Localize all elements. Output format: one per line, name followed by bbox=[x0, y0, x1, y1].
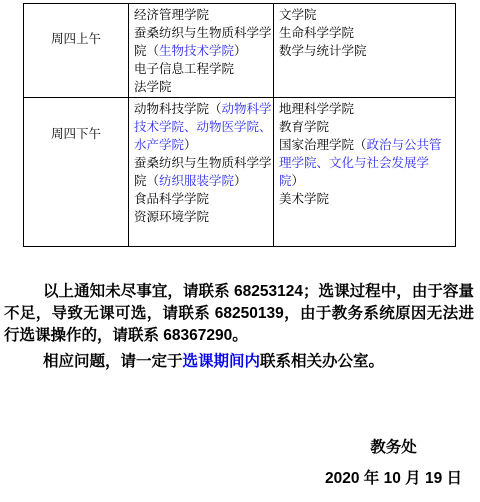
highlighted-text-run: 生物技术学院 bbox=[159, 44, 234, 58]
college-entry: 美术学院 bbox=[279, 190, 454, 208]
text-run: 生命科学学院 bbox=[279, 26, 354, 40]
college-entry: 数学与统计学院 bbox=[279, 42, 454, 60]
notice-document: 周四上午经济管理学院蚕桑纺织与生物质科学学院（生物技术学院）电子信息工程学院法学… bbox=[0, 0, 480, 502]
college-entry: 蚕桑纺织与生物质科学学院（生物技术学院） bbox=[134, 24, 272, 60]
text-run: ） bbox=[292, 174, 305, 188]
college-entry: 教育学院 bbox=[279, 118, 454, 136]
college-entry: 食品科学学院 bbox=[134, 190, 272, 208]
departments-cell: 地理科学学院教育学院国家治理学院（政治与公共管理学院、文化与社会发展学院）美术学… bbox=[274, 98, 456, 247]
college-entry: 法学院 bbox=[134, 78, 272, 96]
text-run: 文学院 bbox=[279, 8, 317, 22]
text-run: 相应问题，请一定于 bbox=[43, 353, 183, 370]
signature-date: 2020 年 10 月 19 日 bbox=[325, 468, 462, 490]
schedule-table-body: 周四上午经济管理学院蚕桑纺织与生物质科学学院（生物技术学院）电子信息工程学院法学… bbox=[24, 4, 456, 247]
departments-cell: 经济管理学院蚕桑纺织与生物质科学学院（生物技术学院）电子信息工程学院法学院 bbox=[129, 4, 274, 98]
highlighted-text-run: 选课期间内 bbox=[183, 353, 261, 370]
college-entry: 资源环境学院 bbox=[134, 208, 272, 226]
college-entry: 蚕桑纺织与生物质科学学院（纺织服装学院） bbox=[134, 154, 272, 190]
notice-paragraph-contacts: 以上通知未尽事宜，请联系 68253124；选课过程中，由于容量不足，导致无课可… bbox=[4, 281, 474, 347]
text-run: 地理科学学院 bbox=[279, 102, 354, 116]
text-run: 电子信息工程学院 bbox=[134, 62, 234, 76]
text-run: 动物科技学院（ bbox=[134, 102, 222, 116]
departments-cell: 动物科技学院（动物科学技术学院、动物医学院、水产学院）蚕桑纺织与生物质科学学院（… bbox=[129, 98, 274, 247]
highlighted-text-run: 纺织服装学院 bbox=[159, 174, 234, 188]
text-run: ） bbox=[234, 44, 247, 58]
departments-cell: 文学院生命科学学院数学与统计学院 bbox=[274, 4, 456, 98]
text-run: 经济管理学院 bbox=[134, 8, 209, 22]
college-entry: 文学院 bbox=[279, 6, 454, 24]
schedule-table: 周四上午经济管理学院蚕桑纺织与生物质科学学院（生物技术学院）电子信息工程学院法学… bbox=[23, 3, 456, 247]
text-run: ） bbox=[234, 174, 247, 188]
text-run: 教育学院 bbox=[279, 120, 329, 134]
college-entry: 动物科技学院（动物科学技术学院、动物医学院、水产学院） bbox=[134, 100, 272, 154]
text-run: 数学与统计学院 bbox=[279, 44, 367, 58]
text-run: 联系相关办公室。 bbox=[260, 353, 384, 370]
signature-department: 教务处 bbox=[370, 437, 417, 459]
text-run: 美术学院 bbox=[279, 192, 329, 206]
text-run: 资源环境学院 bbox=[134, 210, 209, 224]
text-run: 法学院 bbox=[134, 80, 172, 94]
schedule-row: 周四上午经济管理学院蚕桑纺织与生物质科学学院（生物技术学院）电子信息工程学院法学… bbox=[24, 4, 456, 98]
college-entry: 地理科学学院 bbox=[279, 100, 454, 118]
college-entry: 生命科学学院 bbox=[279, 24, 454, 42]
college-entry: 国家治理学院（政治与公共管理学院、文化与社会发展学院） bbox=[279, 136, 454, 190]
college-entry: 经济管理学院 bbox=[134, 6, 272, 24]
time-slot-cell: 周四上午 bbox=[24, 4, 129, 98]
college-entry: 电子信息工程学院 bbox=[134, 60, 272, 78]
text-run: 以上通知未尽事宜，请联系 68253124；选课过程中，由于容量不足，导致无课可… bbox=[4, 283, 474, 344]
notice-paragraph-reminder: 相应问题，请一定于选课期间内联系相关办公室。 bbox=[4, 351, 474, 373]
time-slot-cell: 周四下午 bbox=[24, 98, 129, 247]
text-run: 国家治理学院（ bbox=[279, 138, 367, 152]
signature-block: 教务处 2020 年 10 月 19 日 bbox=[325, 437, 462, 490]
schedule-row: 周四下午动物科技学院（动物科学技术学院、动物医学院、水产学院）蚕桑纺织与生物质科… bbox=[24, 98, 456, 247]
text-run: 食品科学学院 bbox=[134, 192, 209, 206]
text-run: ） bbox=[184, 138, 197, 152]
